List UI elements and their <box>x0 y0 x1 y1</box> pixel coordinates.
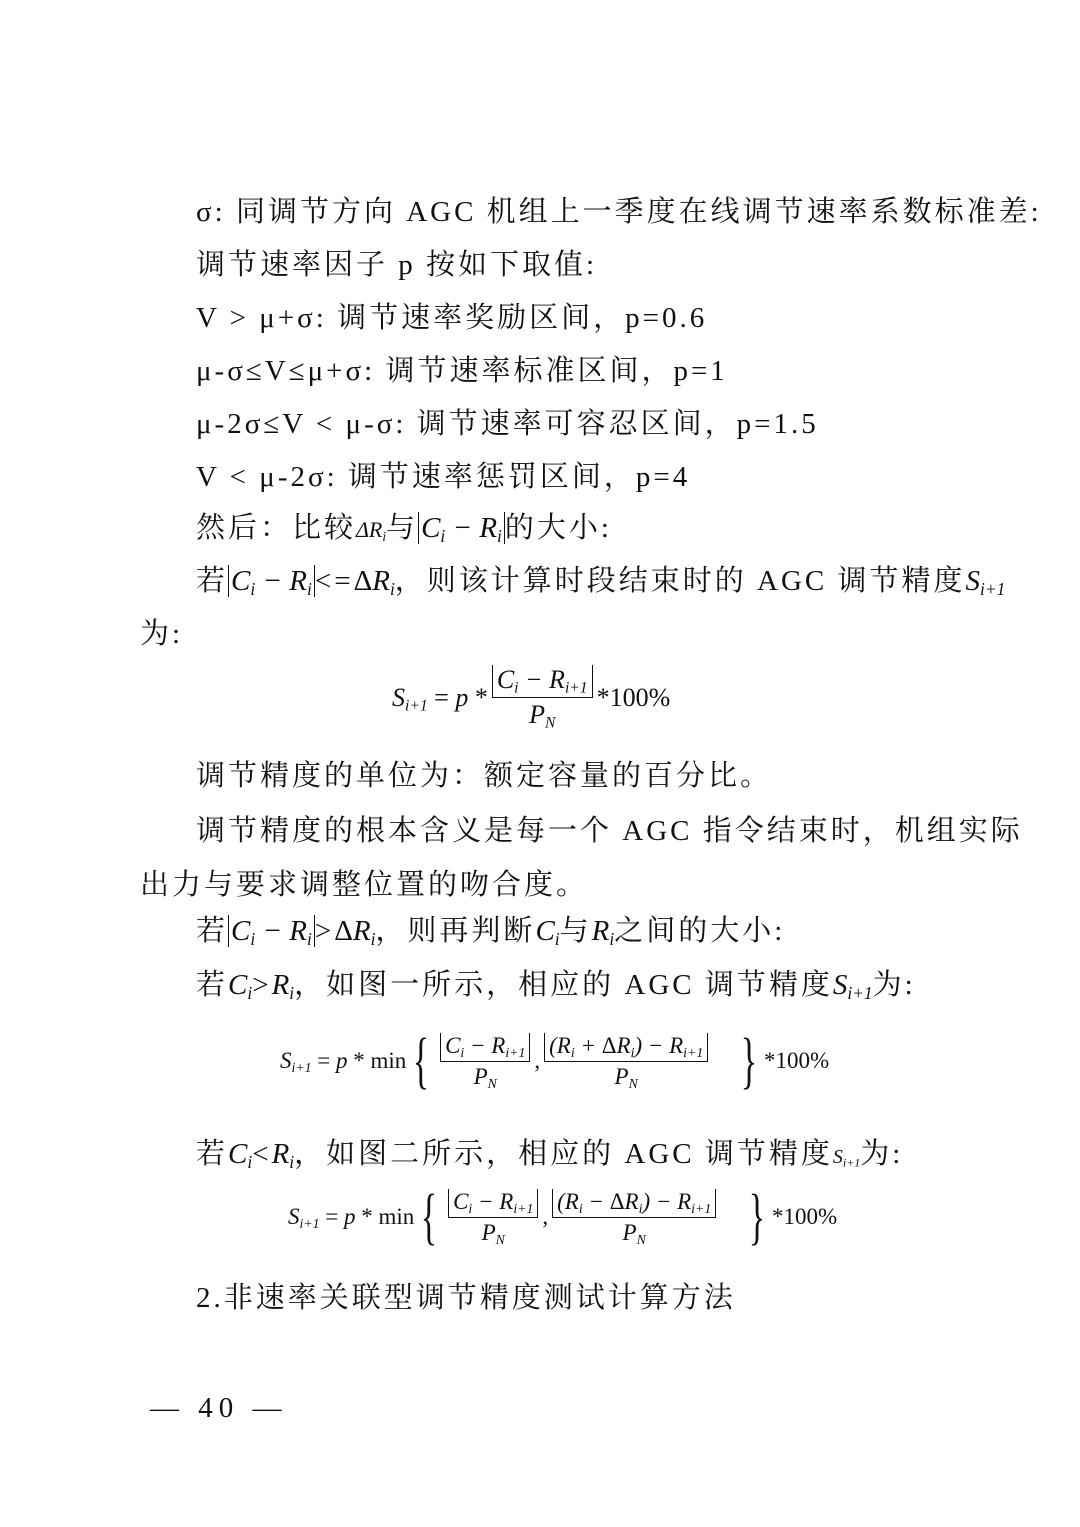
case-within-tolerance: 若Ci − Ri<=ΔRi，则该计算时段结束时的 AGC 调节精度Si+1 <box>196 563 1005 599</box>
range-penalty: V < μ-2σ: 调节速率惩罚区间，p=4 <box>196 459 690 495</box>
case-c-greater-r: 若Ci>Ri，如图一所示，相应的 AGC 调节精度Si+1为: <box>196 967 916 1003</box>
p-factor-intro: 调节速率因子 p 按如下取值: <box>196 247 597 283</box>
formula-precision-c-greater: Si+1 = p * min { Ci − Ri+1PN, (Ri + ΔRi)… <box>280 1030 829 1092</box>
case-outside-tolerance: 若Ci − Ri>ΔRi，则再判断Ci与Ri之间的大小: <box>196 913 785 949</box>
range-standard: μ-σ≤V≤μ+σ: 调节速率标准区间，p=1 <box>196 353 728 389</box>
meaning-line-2: 出力与要求调整位置的吻合度。 <box>140 867 588 903</box>
meaning-line-1: 调节精度的根本含义是每一个 AGC 指令结束时，机组实际 <box>196 813 1023 849</box>
sigma-definition: σ: 同调节方向 AGC 机组上一季度在线调节速率系数标准差: <box>196 194 1042 230</box>
formula-precision-c-less: Si+1 = p * min { Ci − Ri+1PN, (Ri − ΔRi)… <box>288 1186 837 1248</box>
case-c-less-r: 若Ci<Ri，如图二所示，相应的 AGC 调节精度Si+1为: <box>196 1136 903 1175</box>
compare-line: 然后：比较ΔRi与Ci − Ri的大小: <box>196 510 612 548</box>
range-tolerable: μ-2σ≤V < μ-σ: 调节速率可容忍区间，p=1.5 <box>196 406 819 442</box>
page-number: — 40 — <box>150 1392 288 1425</box>
unit-note: 调节精度的单位为：额定容量的百分比。 <box>196 758 772 794</box>
range-reward: V > μ+σ: 调节速率奖励区间，p=0.6 <box>196 300 707 336</box>
formula-precision-basic: Si+1 = p * Ci − Ri+1PN *100% <box>392 665 670 730</box>
case-within-wrap: 为: <box>140 616 183 652</box>
section-heading-2: 2.非速率关联型调节精度测试计算方法 <box>196 1280 736 1316</box>
